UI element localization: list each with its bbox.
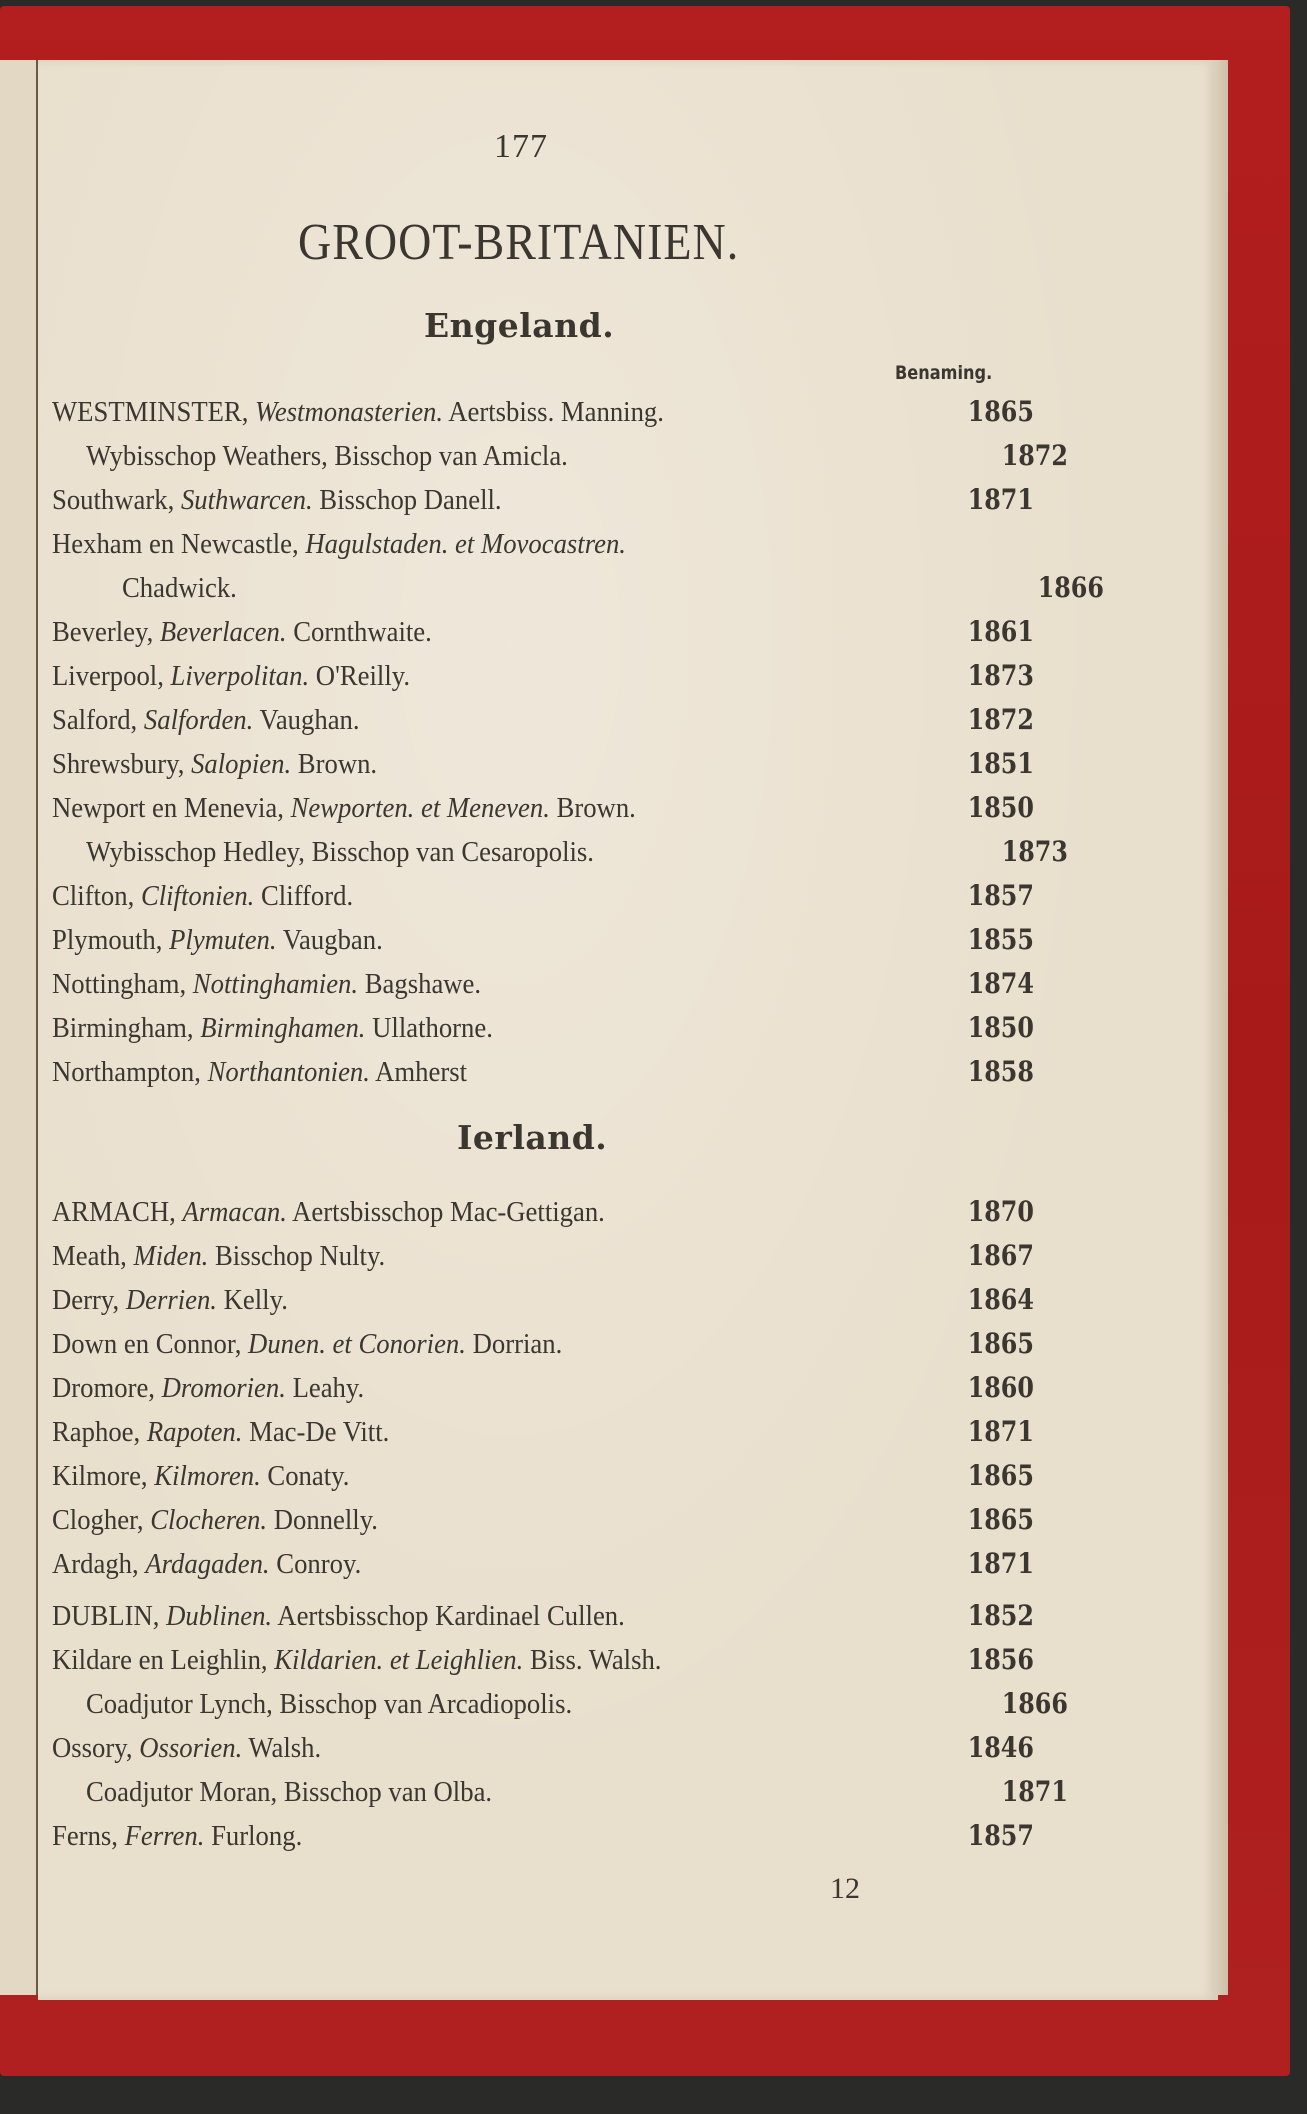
entry-year: 1858	[968, 1052, 1034, 1092]
entry-place: Shrewsbury,	[52, 748, 184, 780]
list-item: Birmingham, Birminghamen. Ullathorne.185…	[52, 1008, 1032, 1048]
entry-place: Coadjutor Moran, Bisschop van Olba.	[86, 1776, 492, 1808]
entry-latin-name: Dromorien.	[162, 1372, 286, 1404]
entry-text: Chadwick.	[122, 568, 237, 608]
entry-latin-name: Armacan.	[182, 1196, 286, 1228]
entry-latin-name: Beverlacen.	[160, 616, 287, 648]
entry-place: Derry,	[52, 1284, 119, 1316]
entry-latin-name: Salforden.	[144, 704, 253, 736]
entry-text: Wybisschop Hedley, Bisschop van Cesaropo…	[86, 832, 594, 872]
list-item: Northampton, Northantonien. Amherst1858	[52, 1052, 1032, 1092]
entry-bishop: Walsh.	[248, 1732, 321, 1764]
list-item: Meath, Miden. Bisschop Nulty.1867	[52, 1236, 1032, 1276]
list-item: Salford, Salforden. Vaughan.1872	[52, 700, 1032, 740]
entry-text: Salford, Salforden. Vaughan.	[52, 700, 360, 740]
entry-bishop: Vaughan.	[260, 704, 360, 736]
entry-place: Chadwick.	[122, 572, 237, 604]
entry-latin-name: Dublinen.	[166, 1600, 272, 1632]
entry-bishop: Aertsbisschop Mac-Gettigan.	[292, 1196, 605, 1228]
page-title: GROOT-BRITANIEN.	[298, 212, 739, 271]
entry-year: 1851	[968, 744, 1034, 784]
entry-place: Wybisschop Weathers, Bisschop van Amicla…	[86, 440, 568, 472]
entry-place: Kildare en Leighlin,	[52, 1644, 268, 1676]
entry-latin-name: Suthwarcen.	[181, 484, 313, 516]
list-item: Ardagh, Ardagaden. Conroy.1871	[52, 1544, 1032, 1584]
entry-latin-name: Rapoten.	[147, 1416, 243, 1448]
entry-year: 1870	[968, 1192, 1034, 1232]
entry-year: 1852	[968, 1596, 1034, 1636]
entry-year: 1865	[968, 1456, 1034, 1496]
entry-text: Shrewsbury, Salopien. Brown.	[52, 744, 377, 784]
entry-year: 1865	[968, 1500, 1034, 1540]
entry-latin-name: Northantonien.	[208, 1056, 370, 1088]
entry-bishop: Furlong.	[211, 1820, 302, 1852]
entry-year: 1864	[968, 1280, 1034, 1320]
entry-text: Coadjutor Moran, Bisschop van Olba.	[86, 1772, 492, 1812]
entry-latin-name: Kildarien. et Leighlien.	[274, 1644, 523, 1676]
entry-place: Birmingham,	[52, 1012, 194, 1044]
entry-year: 1867	[968, 1236, 1034, 1276]
list-item: Southwark, Suthwarcen. Bisschop Danell.1…	[52, 480, 1032, 520]
entry-place: Dromore,	[52, 1372, 155, 1404]
entry-bishop: Conaty.	[267, 1460, 349, 1492]
entry-year: 1871	[968, 480, 1034, 520]
entry-bishop: Amherst	[375, 1056, 467, 1088]
entry-place: Southwark,	[52, 484, 174, 516]
entry-year: 1873	[1002, 832, 1068, 872]
entry-place: Kilmore,	[52, 1460, 148, 1492]
entry-text: Clogher, Clocheren. Donnelly.	[52, 1500, 378, 1540]
entry-latin-name: Hagulstaden. et Movocastren.	[305, 528, 626, 560]
entry-place: Northampton,	[52, 1056, 201, 1088]
entry-text: Nottingham, Nottinghamien. Bagshawe.	[52, 964, 481, 1004]
entry-text: DUBLIN, Dublinen. Aertsbisschop Kardinae…	[52, 1596, 625, 1636]
entry-place: Down en Connor,	[52, 1328, 241, 1360]
entry-latin-name: Nottinghamien.	[193, 968, 358, 1000]
list-item: Chadwick.1866	[122, 568, 1102, 608]
entry-year: 1871	[968, 1412, 1034, 1452]
list-item: Coadjutor Lynch, Bisschop van Arcadiopol…	[86, 1684, 1066, 1724]
list-item: Ossory, Ossorien. Walsh.1846	[52, 1728, 1032, 1768]
entry-text: Dromore, Dromorien. Leahy.	[52, 1368, 364, 1408]
column-header-benaming: Benaming.	[895, 362, 992, 384]
entry-latin-name: Clocheren.	[150, 1504, 267, 1536]
list-item: DUBLIN, Dublinen. Aertsbisschop Kardinae…	[52, 1596, 1032, 1636]
entry-year: 1874	[968, 964, 1034, 1004]
list-item: Kildare en Leighlin, Kildarien. et Leigh…	[52, 1640, 1032, 1680]
section-heading-engeland: Engeland.	[424, 306, 614, 345]
entry-text: Down en Connor, Dunen. et Conorien. Dorr…	[52, 1324, 562, 1364]
entry-place: Clogher,	[52, 1504, 144, 1536]
entry-text: Beverley, Beverlacen. Cornthwaite.	[52, 612, 432, 652]
entry-text: Raphoe, Rapoten. Mac-De Vitt.	[52, 1412, 389, 1452]
entry-place: Hexham en Newcastle,	[52, 528, 299, 560]
entry-place: Beverley,	[52, 616, 153, 648]
entry-year: 1865	[968, 1324, 1034, 1364]
entry-year: 1873	[968, 656, 1034, 696]
entry-year: 1865	[968, 392, 1034, 432]
list-item: Clifton, Cliftonien. Clifford.1857	[52, 876, 1032, 916]
entry-text: Northampton, Northantonien. Amherst	[52, 1052, 467, 1092]
list-item: Wybisschop Weathers, Bisschop van Amicla…	[86, 436, 1066, 476]
entry-latin-name: Cliftonien.	[141, 880, 254, 912]
entry-text: Wybisschop Weathers, Bisschop van Amicla…	[86, 436, 568, 476]
page-number: 177	[494, 128, 548, 166]
entry-text: Clifton, Cliftonien. Clifford.	[52, 876, 353, 916]
entry-year: 1871	[1002, 1772, 1068, 1812]
entry-bishop: O'Reilly.	[316, 660, 410, 692]
entry-latin-name: Kilmoren.	[154, 1460, 260, 1492]
entry-place: Ardagh,	[52, 1548, 139, 1580]
entry-bishop: Clifford.	[261, 880, 353, 912]
entry-place: Liverpool,	[52, 660, 164, 692]
entry-place: Plymouth,	[52, 924, 162, 956]
entry-bishop: Brown.	[298, 748, 377, 780]
entry-bishop: Brown.	[557, 792, 636, 824]
entry-bishop: Dorrian.	[473, 1328, 563, 1360]
entry-latin-name: Dunen. et Conorien.	[248, 1328, 466, 1360]
entry-bishop: Bisschop Nulty.	[215, 1240, 385, 1272]
entry-latin-name: Ardagaden.	[145, 1548, 269, 1580]
entry-text: Southwark, Suthwarcen. Bisschop Danell.	[52, 480, 502, 520]
entry-latin-name: Westmonasterien.	[255, 396, 443, 428]
entry-year: 1846	[968, 1728, 1034, 1768]
entry-place: Nottingham,	[52, 968, 186, 1000]
list-item: Plymouth, Plymuten. Vaugban.1855	[52, 920, 1032, 960]
entry-text: Birmingham, Birminghamen. Ullathorne.	[52, 1008, 493, 1048]
printer-signature: 12	[830, 1872, 860, 1906]
entry-latin-name: Ferren.	[125, 1820, 205, 1852]
list-item: ARMACH, Armacan. Aertsbisschop Mac-Getti…	[52, 1192, 1032, 1232]
list-item: Liverpool, Liverpolitan. O'Reilly.1873	[52, 656, 1032, 696]
entry-place: Ossory,	[52, 1732, 133, 1764]
entry-bishop: Donnelly.	[274, 1504, 378, 1536]
entry-bishop: Aertsbiss. Manning.	[448, 396, 664, 428]
entry-place: Ferns,	[52, 1820, 118, 1852]
list-item: Dromore, Dromorien. Leahy.1860	[52, 1368, 1032, 1408]
list-item: Derry, Derrien. Kelly.1864	[52, 1280, 1032, 1320]
entry-latin-name: Salopien.	[191, 748, 291, 780]
entry-bishop: Bisschop Danell.	[319, 484, 501, 516]
list-item: Newport en Menevia, Newporten. et Meneve…	[52, 788, 1032, 828]
entry-latin-name: Birminghamen.	[200, 1012, 365, 1044]
entry-text: ARMACH, Armacan. Aertsbisschop Mac-Getti…	[52, 1192, 605, 1232]
list-item: Clogher, Clocheren. Donnelly.1865	[52, 1500, 1032, 1540]
list-item: Raphoe, Rapoten. Mac-De Vitt.1871	[52, 1412, 1032, 1452]
list-item: Kilmore, Kilmoren. Conaty.1865	[52, 1456, 1032, 1496]
entry-bishop: Bagshawe.	[365, 968, 481, 1000]
entry-text: Liverpool, Liverpolitan. O'Reilly.	[52, 656, 410, 696]
entry-text: WESTMINSTER, Westmonasterien. Aertsbiss.…	[52, 392, 664, 432]
entry-year: 1872	[968, 700, 1034, 740]
entry-bishop: Ullathorne.	[372, 1012, 493, 1044]
entry-year: 1866	[1038, 568, 1104, 608]
list-item: Hexham en Newcastle, Hagulstaden. et Mov…	[52, 524, 1032, 564]
entry-bishop: Leahy.	[293, 1372, 365, 1404]
entry-latin-name: Newporten. et Meneven.	[291, 792, 550, 824]
entry-year: 1861	[968, 612, 1034, 652]
entry-bishop: Biss. Walsh.	[530, 1644, 662, 1676]
entry-bishop: Cornthwaite.	[293, 616, 432, 648]
entry-place: Coadjutor Lynch, Bisschop van Arcadiopol…	[86, 1688, 572, 1720]
entry-place: Clifton,	[52, 880, 134, 912]
list-item: Nottingham, Nottinghamien. Bagshawe.1874	[52, 964, 1032, 1004]
entry-year: 1872	[1002, 436, 1068, 476]
entry-year: 1850	[968, 788, 1034, 828]
entry-bishop: Kelly.	[224, 1284, 288, 1316]
entry-text: Newport en Menevia, Newporten. et Meneve…	[52, 788, 636, 828]
entry-text: Ossory, Ossorien. Walsh.	[52, 1728, 321, 1768]
entry-latin-name: Liverpolitan.	[171, 660, 310, 692]
entry-bishop: Aertsbisschop Kardinael Cullen.	[277, 1600, 625, 1632]
entry-place: Wybisschop Hedley, Bisschop van Cesaropo…	[86, 836, 594, 868]
entry-bishop: Vaugban.	[283, 924, 383, 956]
entry-place: Meath,	[52, 1240, 127, 1272]
list-item: Wybisschop Hedley, Bisschop van Cesaropo…	[86, 832, 1066, 872]
entry-text: Ferns, Ferren. Furlong.	[52, 1816, 302, 1856]
list-item: WESTMINSTER, Westmonasterien. Aertsbiss.…	[52, 392, 1032, 432]
entry-text: Coadjutor Lynch, Bisschop van Arcadiopol…	[86, 1684, 572, 1724]
entry-text: Derry, Derrien. Kelly.	[52, 1280, 288, 1320]
entry-latin-name: Ossorien.	[139, 1732, 242, 1764]
entry-text: Kildare en Leighlin, Kildarien. et Leigh…	[52, 1640, 661, 1680]
entry-place: WESTMINSTER,	[52, 396, 248, 428]
entry-year: 1855	[968, 920, 1034, 960]
entry-year: 1857	[968, 1816, 1034, 1856]
list-item: Down en Connor, Dunen. et Conorien. Dorr…	[52, 1324, 1032, 1364]
entry-latin-name: Miden.	[134, 1240, 209, 1272]
entry-text: Ardagh, Ardagaden. Conroy.	[52, 1544, 361, 1584]
entry-year: 1866	[1002, 1684, 1068, 1724]
section-heading-ierland: Ierland.	[457, 1118, 607, 1157]
entry-year: 1871	[968, 1544, 1034, 1584]
entry-bishop: Conroy.	[276, 1548, 361, 1580]
list-item: Beverley, Beverlacen. Cornthwaite.1861	[52, 612, 1032, 652]
entry-latin-name: Derrien.	[126, 1284, 217, 1316]
entry-place: Salford,	[52, 704, 137, 736]
entry-place: Raphoe,	[52, 1416, 140, 1448]
entry-text: Kilmore, Kilmoren. Conaty.	[52, 1456, 349, 1496]
entry-text: Meath, Miden. Bisschop Nulty.	[52, 1236, 385, 1276]
list-item: Shrewsbury, Salopien. Brown.1851	[52, 744, 1032, 784]
entry-place: ARMACH,	[52, 1196, 176, 1228]
entry-year: 1860	[968, 1368, 1034, 1408]
entry-latin-name: Plymuten.	[169, 924, 276, 956]
entry-bishop: Mac-De Vitt.	[249, 1416, 389, 1448]
left-page-edge	[0, 60, 38, 1995]
entry-year: 1856	[968, 1640, 1034, 1680]
entry-place: DUBLIN,	[52, 1600, 159, 1632]
entry-year: 1850	[968, 1008, 1034, 1048]
entry-text: Hexham en Newcastle, Hagulstaden. et Mov…	[52, 524, 626, 564]
list-item: Ferns, Ferren. Furlong.1857	[52, 1816, 1032, 1856]
entry-place: Newport en Menevia,	[52, 792, 284, 824]
page-stack-edge	[1218, 60, 1228, 1995]
list-item: Coadjutor Moran, Bisschop van Olba.1871	[86, 1772, 1066, 1812]
entry-text: Plymouth, Plymuten. Vaugban.	[52, 920, 383, 960]
entry-year: 1857	[968, 876, 1034, 916]
